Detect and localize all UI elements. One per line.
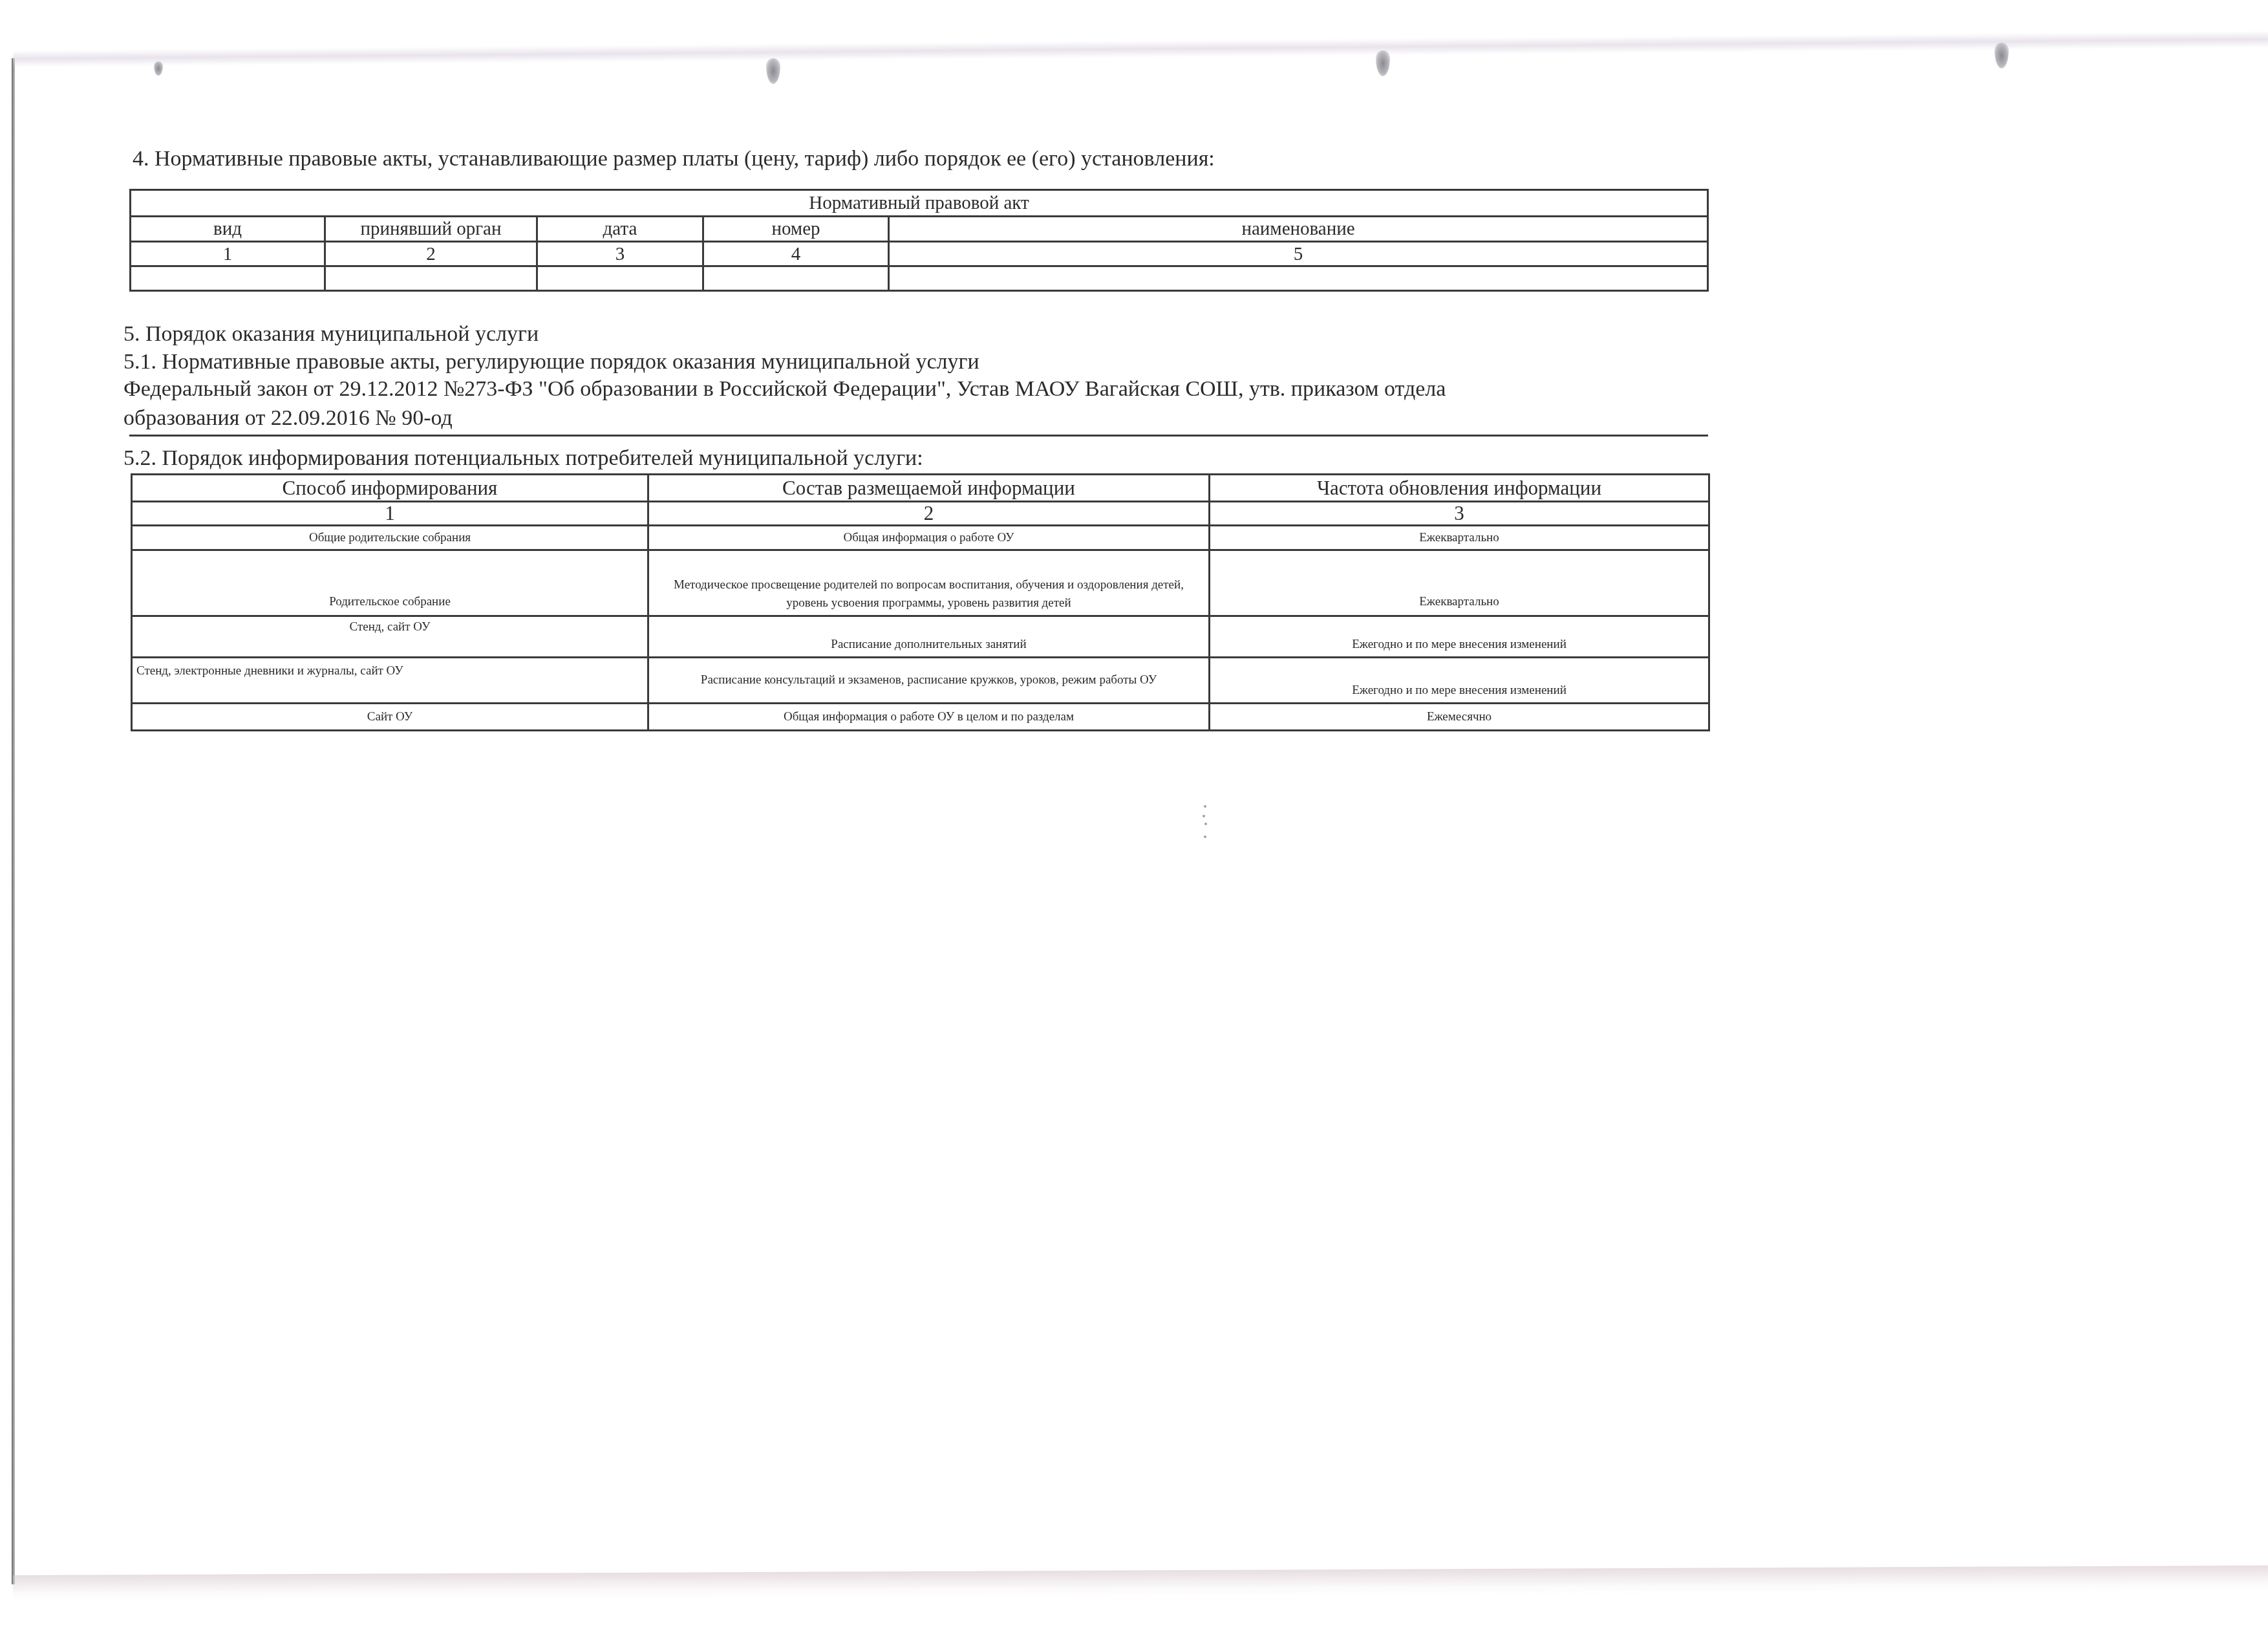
divider-line [129,435,1708,436]
column-header-title: наименование [889,217,1708,242]
table-cell [325,266,537,291]
table-cell-method: Стенд, электронные дневники и журналы, с… [132,658,648,704]
table-row: Сайт ОУ Общая информация о работе ОУ в ц… [132,704,1709,731]
table-cell-frequency: Ежеквартально [1210,526,1709,550]
table-cell-method: Общие родительские собрания [132,526,648,550]
table-cell-content: Расписание дополнительных занятий [648,616,1210,658]
section-5-2-heading: 5.2. Порядок информирования потенциальны… [123,446,923,471]
table-cell-frequency: Ежеквартально [1210,550,1709,616]
scan-noise [1203,815,1205,817]
scan-noise [1204,823,1207,825]
table-cell [703,266,889,291]
column-number: 2 [325,242,537,266]
column-number: 1 [132,502,648,526]
column-number: 3 [1210,502,1709,526]
table-cell [889,266,1708,291]
table-row [131,266,1708,291]
column-header-method: Способ информирования [132,475,648,502]
column-number: 2 [648,502,1210,526]
table-cell-method: Сайт ОУ [132,704,648,731]
staple-mark [766,58,780,84]
table-cell-content: Методическое просвещение родителей по во… [648,550,1210,616]
column-header-issuing-body: принявший орган [325,217,537,242]
table-cell [131,266,325,291]
column-number: 4 [703,242,889,266]
table-cell [537,266,703,291]
column-header-type: вид [131,217,325,242]
column-header-content: Состав размещаемой информации [648,475,1210,502]
column-header-date: дата [537,217,703,242]
table-row: Родительское собрание Методическое просв… [132,550,1709,616]
column-number: 3 [537,242,703,266]
table-cell-content: Общая информация о работе ОУ [648,526,1210,550]
section-5-1-text: Федеральный закон от 29.12.2012 №273-ФЗ … [123,376,1446,402]
scan-page-edge-top [13,31,2268,67]
section-4-heading: 4. Нормативные правовые акты, устанавлив… [133,146,1215,172]
table-row: Стенд, сайт ОУ Расписание дополнительных… [132,616,1709,658]
table-cell-frequency: Ежегодно и по мере внесения изменений [1210,616,1709,658]
section-5-1-text-continued: образования от 22.09.2016 № 90-од [123,405,453,431]
column-header-frequency: Частота обновления информации [1210,475,1709,502]
table-cell-frequency: Ежегодно и по мере внесения изменений [1210,658,1709,704]
scan-noise [1204,835,1206,838]
column-number: 5 [889,242,1708,266]
legal-acts-fee-table: Нормативный правовой акт вид принявший о… [129,189,1709,292]
table-cell-method: Стенд, сайт ОУ [132,616,648,658]
staple-mark [154,61,163,76]
staple-mark [1376,50,1390,76]
table-cell-content: Расписание консультаций и экзаменов, рас… [648,658,1210,704]
table-row: Общие родительские собрания Общая информ… [132,526,1709,550]
scan-page-edge-left [12,58,15,1584]
table-cell-content: Общая информация о работе ОУ в целом и п… [648,704,1210,731]
scan-page-edge-bottom [13,1566,2268,1601]
table-group-header: Нормативный правовой акт [131,190,1708,217]
section-5-1-heading: 5.1. Нормативные правовые акты, регулиру… [123,349,979,375]
table-cell-method: Родительское собрание [132,550,648,616]
section-5-heading: 5. Порядок оказания муниципальной услуги [123,321,539,347]
column-number: 1 [131,242,325,266]
table-cell-frequency: Ежемесячно [1210,704,1709,731]
column-header-number: номер [703,217,889,242]
informing-procedure-table: Способ информирования Состав размещаемой… [131,473,1710,731]
scan-noise [1204,805,1206,808]
table-row: Стенд, электронные дневники и журналы, с… [132,658,1709,704]
staple-mark [1995,43,2009,69]
